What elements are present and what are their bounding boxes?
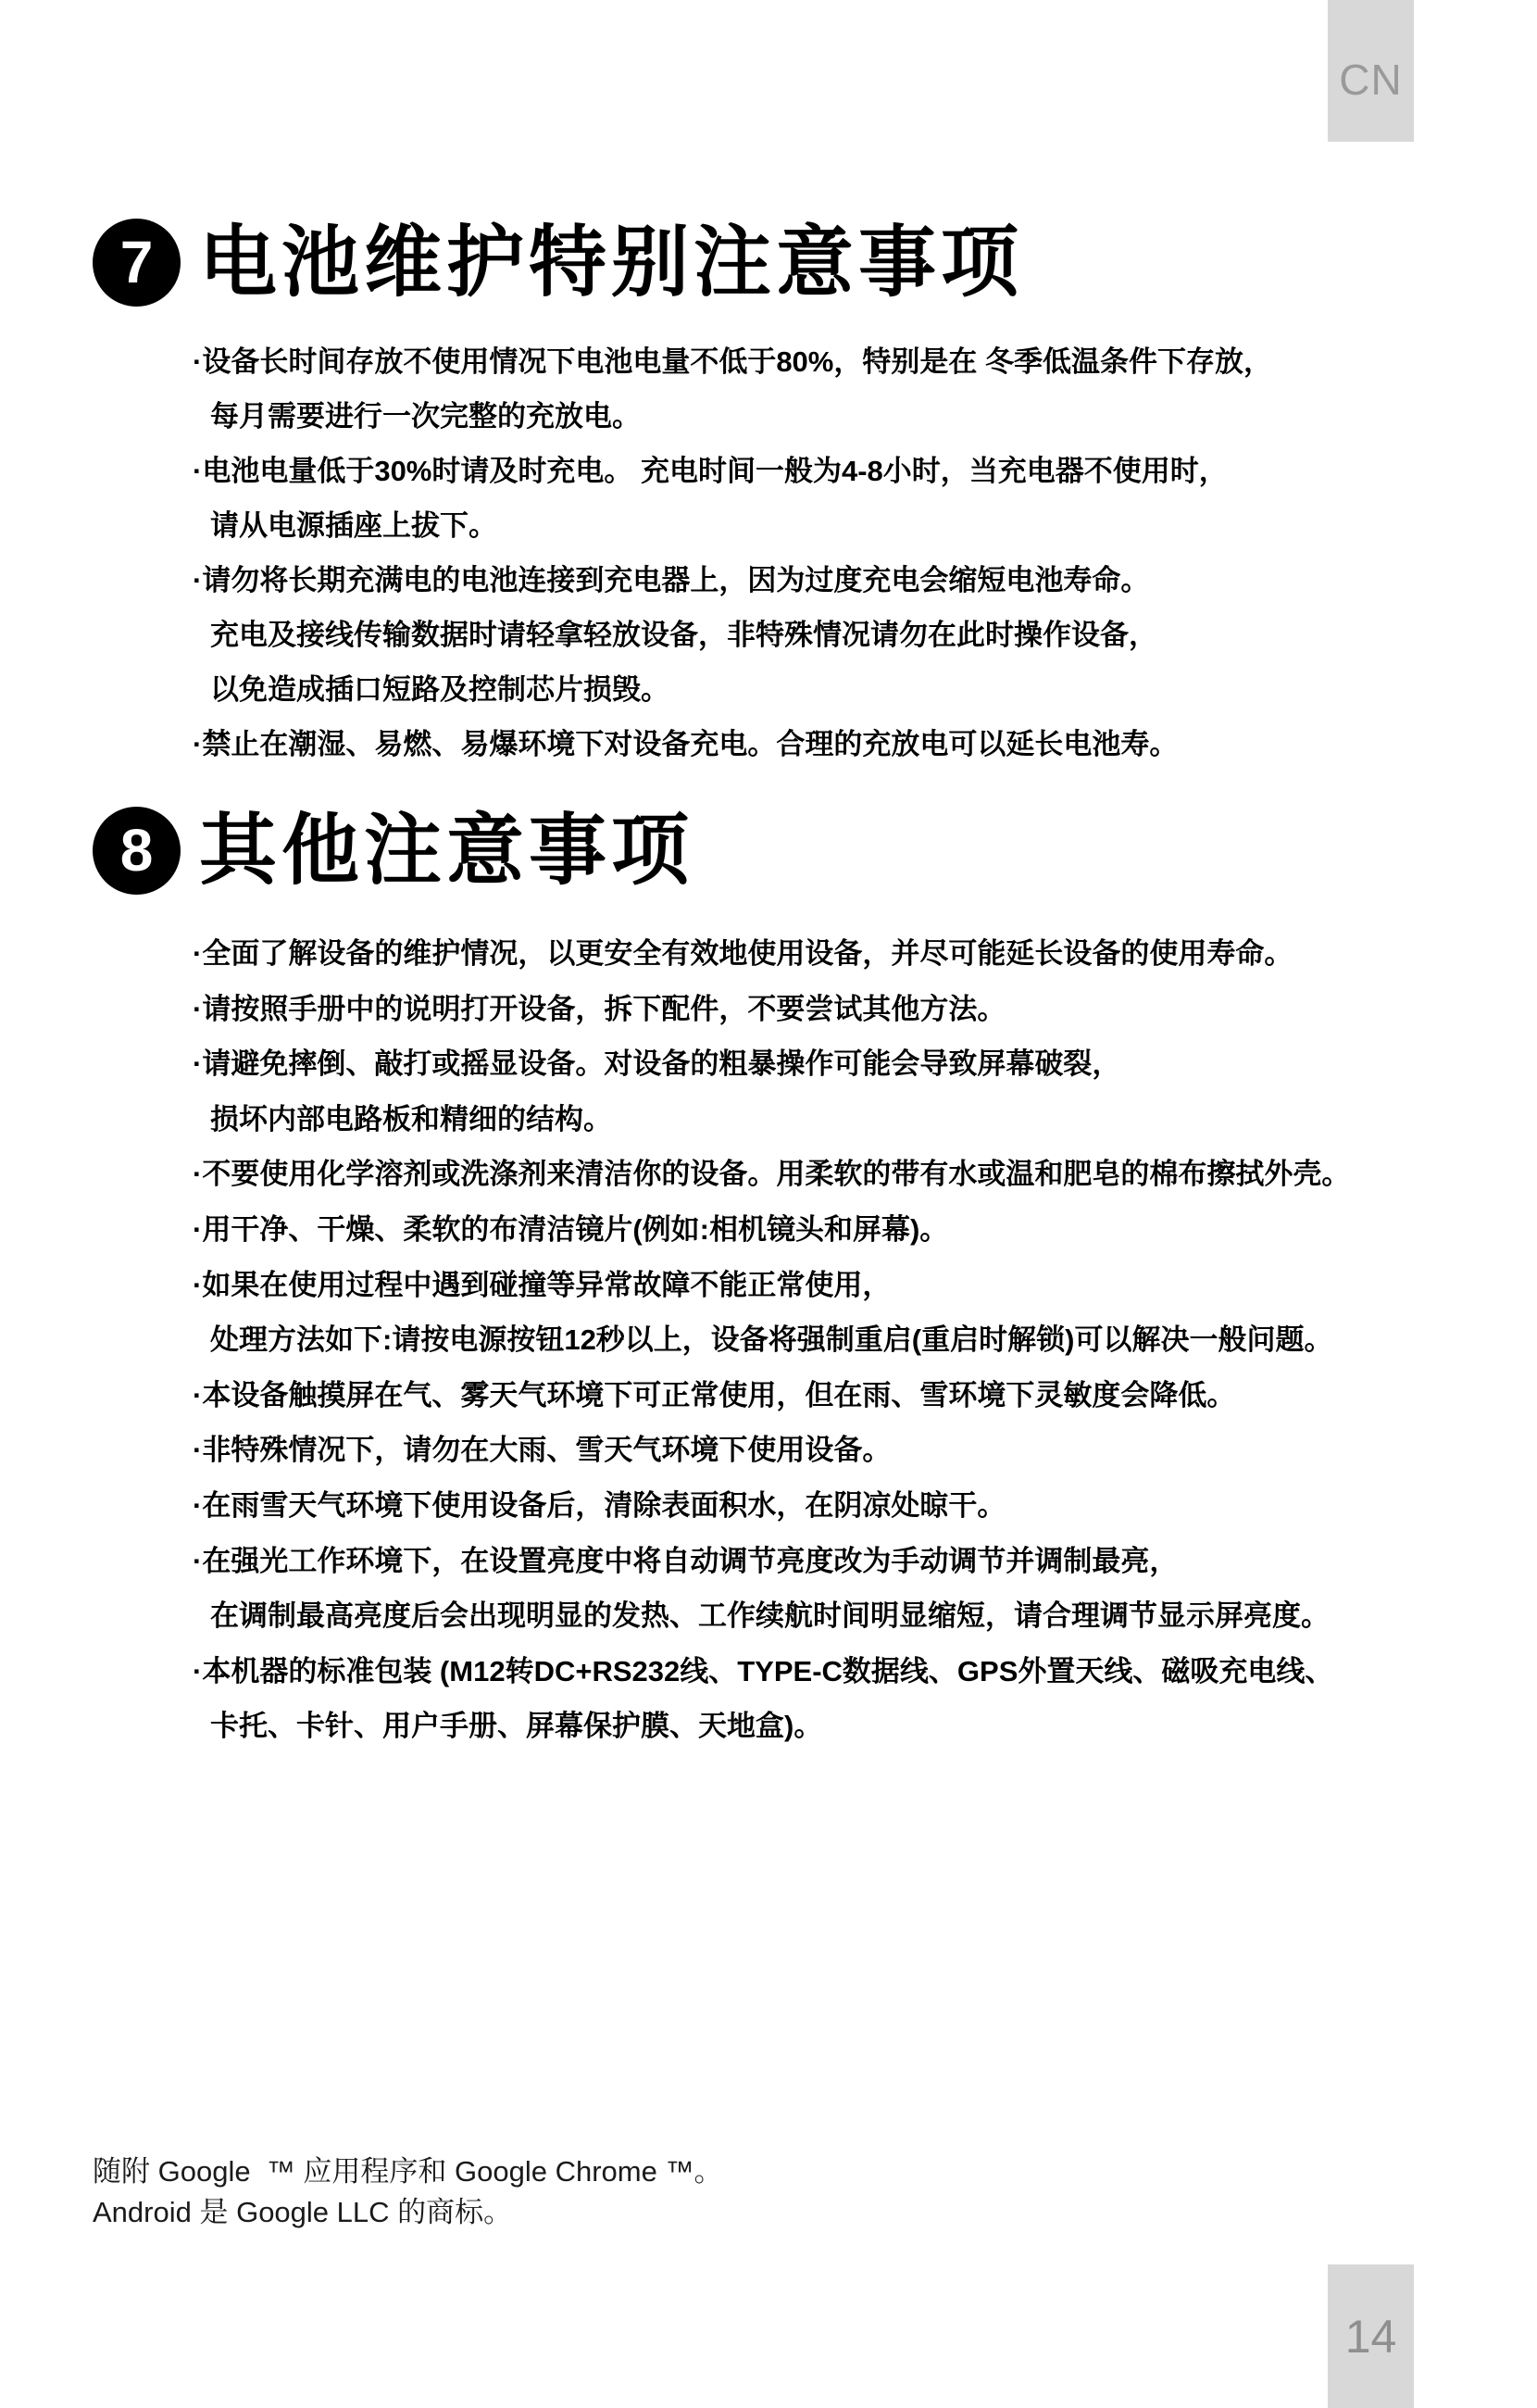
section-8-heading: 8 其他注意事项 [93,806,694,895]
body-line: 请从电源插座上拔下。 [193,498,1272,553]
body-line: ·在强光工作环境下，在设置亮度中将自动调节亮度改为手动调节并调制最亮， [193,1534,1350,1589]
section-7-body: ·设备长时间存放不使用情况下电池电量不低于80%，特别是在 冬季低温条件下存放，… [193,334,1272,771]
section-8-title: 其他注意事项 [199,806,694,895]
body-line: ·设备长时间存放不使用情况下电池电量不低于80%，特别是在 冬季低温条件下存放， [193,334,1272,389]
body-line: 充电及接线传输数据时请轻拿轻放设备，非特殊情况请勿在此时操作设备， [193,608,1272,662]
trademark-line-1: 随附 Google ™ 应用程序和 Google Chrome ™。 [93,2151,722,2192]
body-line: ·本设备触摸屏在气、雾天气环境下可正常使用，但在雨、雪环境下灵敏度会降低。 [193,1368,1350,1423]
section-number-7: 7 [120,228,154,296]
section-number-8-badge: 8 [93,807,181,895]
section-number-7-badge: 7 [93,219,181,307]
body-line: ·非特殊情况下，请勿在大雨、雪天气环境下使用设备。 [193,1423,1350,1478]
body-line: 损坏内部电路板和精细的结构。 [193,1092,1350,1148]
body-line: ·不要使用化学溶剂或洗涤剂来清洁你的设备。用柔软的带有水或温和肥皂的棉布擦拭外壳… [193,1147,1350,1202]
section-number-8: 8 [120,816,154,884]
body-line: 在调制最高亮度后会出现明显的发热、工作续航时间明显缩短，请合理调节显示屏亮度。 [193,1588,1350,1644]
trademark-note: 随附 Google ™ 应用程序和 Google Chrome ™。 Andro… [93,2151,722,2233]
trademark-line-2: Android 是 Google LLC 的商标。 [93,2192,722,2233]
body-line: 每月需要进行一次完整的充放电。 [193,389,1272,444]
section-8-body: ·全面了解设备的维护情况，以更安全有效地使用设备，并尽可能延长设备的使用寿命。·… [193,926,1350,1754]
page-number-badge: 14 [1328,2264,1414,2408]
body-line: ·全面了解设备的维护情况，以更安全有效地使用设备，并尽可能延长设备的使用寿命。 [193,926,1350,982]
page-number: 14 [1345,2310,1397,2364]
body-line: 处理方法如下:请按电源按钮12秒以上，设备将强制重启(重启时解锁)可以解决一般问… [193,1312,1350,1368]
manual-page: CN 7 电池维护特别注意事项 ·设备长时间存放不使用情况下电池电量不低于80%… [0,0,1537,2408]
section-7-title: 电池维护特别注意事项 [199,218,1023,307]
body-line: ·用干净、干燥、柔软的布清洁镜片(例如:相机镜头和屏幕)。 [193,1202,1350,1258]
body-line: ·请勿将长期充满电的电池连接到充电器上，因为过度充电会缩短电池寿命。 [193,553,1272,608]
body-line: ·如果在使用过程中遇到碰撞等异常故障不能正常使用， [193,1258,1350,1313]
body-line: ·电池电量低于30%时请及时充电。 充电时间一般为4-8小时，当充电器不使用时， [193,444,1272,498]
section-7-heading: 7 电池维护特别注意事项 [93,218,1023,307]
body-line: ·本机器的标准包装 (M12转DC+RS232线、TYPE-C数据线、GPS外置… [193,1644,1350,1699]
body-line: 卡托、卡针、用户手册、屏幕保护膜、天地盒)。 [193,1699,1350,1754]
language-badge-label: CN [1339,55,1402,105]
language-badge: CN [1328,0,1414,142]
body-line: ·在雨雪天气环境下使用设备后，清除表面积水，在阴凉处晾干。 [193,1478,1350,1534]
body-line: ·请按照手册中的说明打开设备，拆下配件，不要尝试其他方法。 [193,982,1350,1037]
body-line: 以免造成插口短路及控制芯片损毁。 [193,662,1272,717]
body-line: ·请避免摔倒、敲打或摇显设备。对设备的粗暴操作可能会导致屏幕破裂， [193,1036,1350,1092]
body-line: ·禁止在潮湿、易燃、易爆环境下对设备充电。合理的充放电可以延长电池寿。 [193,717,1272,771]
